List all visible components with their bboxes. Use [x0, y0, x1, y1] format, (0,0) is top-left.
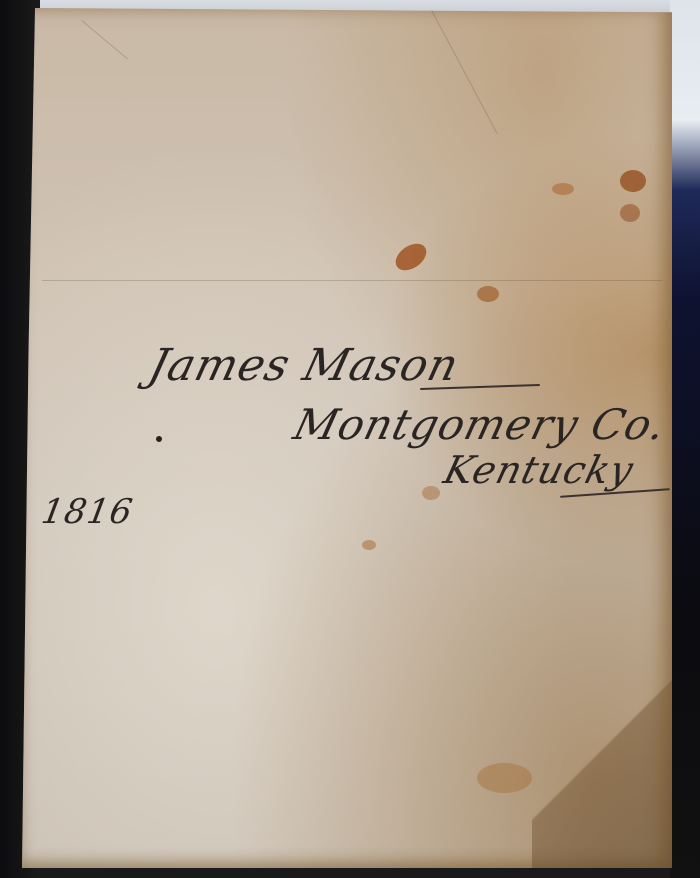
rust-stain	[620, 170, 646, 192]
fold-crease	[42, 280, 662, 281]
handwritten-state: Kentucky	[440, 448, 639, 492]
rust-stain	[552, 183, 574, 195]
fold-crease	[431, 10, 498, 134]
rust-stain	[391, 238, 431, 276]
rust-stain	[362, 540, 376, 550]
rust-stain	[477, 763, 532, 793]
folded-corner	[532, 628, 672, 868]
ink-spot	[156, 436, 162, 442]
background-right	[670, 0, 700, 878]
handwritten-year: 1816	[38, 492, 136, 532]
rust-stain	[620, 204, 640, 222]
fold-crease	[81, 20, 128, 59]
rust-stain	[477, 286, 499, 302]
handwritten-name: James Mason	[144, 340, 465, 391]
rust-stain	[422, 486, 440, 500]
handwritten-county: Montgomery Co.	[289, 400, 671, 449]
